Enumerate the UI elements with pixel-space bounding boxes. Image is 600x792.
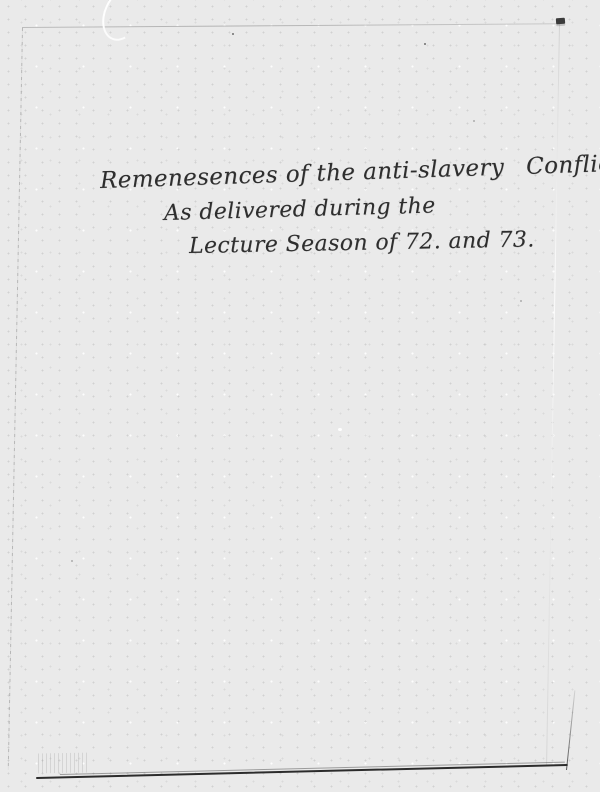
- page-right-edge: [546, 24, 560, 766]
- handwritten-line-1-word-conflict: Conflict: [526, 151, 600, 180]
- speck: [424, 43, 426, 45]
- handwritten-line-2: As delivered during the: [164, 193, 436, 226]
- handwritten-line-1: Remenesences of the anti-slaveryConflict: [100, 151, 600, 194]
- speck: [71, 560, 73, 562]
- speck: [232, 33, 234, 35]
- speck: [473, 120, 475, 122]
- page-bottom-edge: [36, 764, 568, 779]
- white-scratch-mark: [94, 0, 151, 47]
- top-right-corner-mark: [556, 18, 565, 25]
- handwritten-line-1-text: Remenesences of the anti-slavery: [100, 155, 505, 194]
- page-bottom-edge-shadow: [60, 762, 565, 775]
- speck: [338, 428, 342, 431]
- handwritten-line-3: Lecture Season of 72. and 73.: [189, 227, 535, 259]
- bottom-left-scribble-mark: [38, 753, 88, 774]
- page-left-edge: [8, 28, 23, 770]
- speck: [520, 300, 522, 302]
- scanned-manuscript-page: Remenesences of the anti-slaveryConflict…: [0, 0, 600, 792]
- page-bottom-right-corner-edge: [566, 690, 575, 770]
